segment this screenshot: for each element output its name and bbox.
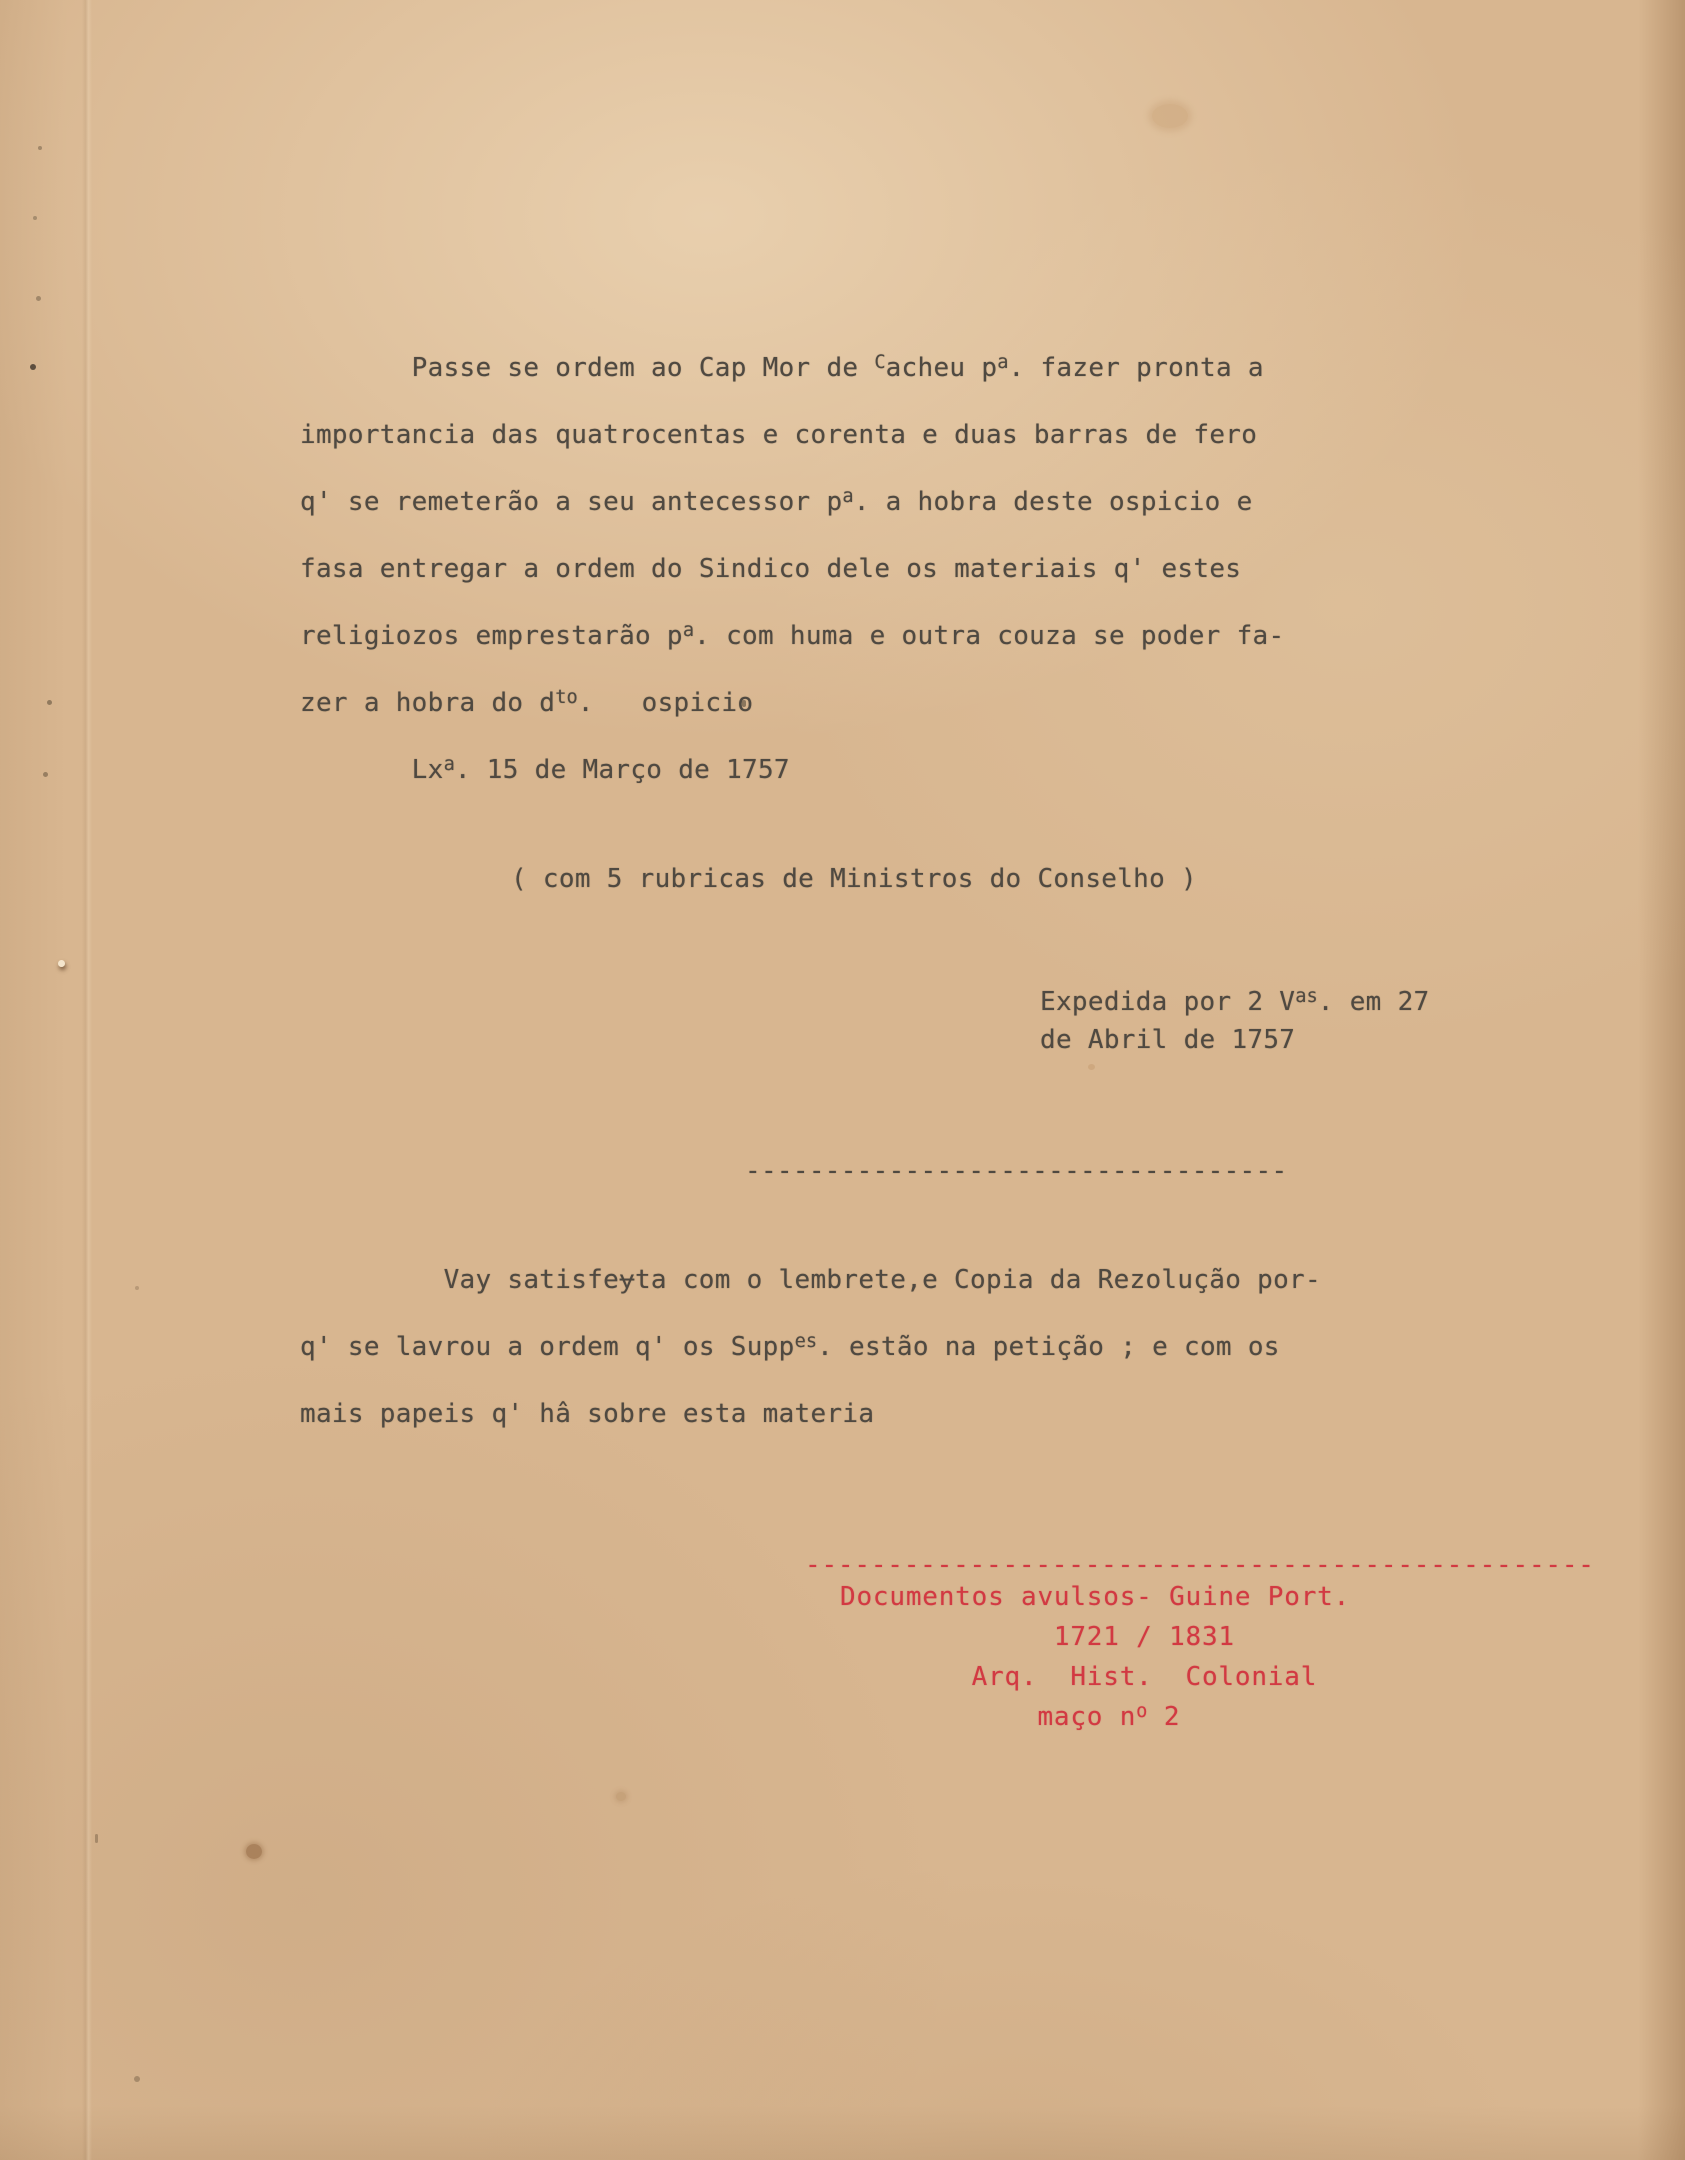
rubrics-note: ( com 5 rubricas de Ministros do Conselh…	[511, 846, 1197, 913]
paper-speck	[33, 216, 37, 220]
typewritten-line: fasa entregar a ordem do Sindico dele os…	[300, 536, 1284, 603]
superscript-text: a	[683, 620, 694, 641]
paper-speck	[95, 1834, 98, 1843]
typewritten-line: mais papeis q' hâ sobre esta materia	[300, 1381, 1321, 1448]
paper-fold-crease	[82, 0, 92, 2160]
typewritten-line: Expedida por 2 Vas. em 27	[1040, 983, 1429, 1021]
superscript-text: to	[555, 687, 578, 708]
typewritten-line: Passe se ordem ao Cap Mor de Cacheu pa. …	[300, 335, 1284, 402]
paper-speck	[47, 700, 52, 705]
paper-pinhole	[58, 960, 65, 967]
paper-stain	[1088, 1064, 1095, 1070]
superscript-text: a	[444, 754, 455, 775]
typewritten-line: q' se lavrou a ordem q' os Suppes. estão…	[300, 1314, 1321, 1381]
typewritten-line: zer a hobra do dto. ospicio	[300, 670, 1284, 737]
annotation-paragraph: Vay satisfeɏta com o lembrete,e Copia da…	[300, 1247, 1321, 1448]
typewritten-line: importancia das quatrocentas e corenta e…	[300, 402, 1284, 469]
typewritten-line: Vay satisfeɏta com o lembrete,e Copia da…	[300, 1247, 1321, 1314]
superscript-text: as	[1295, 986, 1318, 1007]
paper-stain	[246, 1844, 262, 1859]
paper-speck	[742, 700, 746, 707]
paper-speck	[36, 296, 41, 301]
typewritten-line: Arq. Hist. Colonial	[840, 1657, 1350, 1697]
separator-dashed-line: ----------------------------------	[745, 1152, 1287, 1190]
decree-paragraph: Passe se ordem ao Cap Mor de Cacheu pa. …	[300, 335, 1284, 804]
paper-stain	[616, 1792, 626, 1801]
paper-speck	[43, 772, 48, 777]
superscript-text: a	[997, 352, 1008, 373]
paper-stain	[1152, 104, 1188, 128]
typewritten-line: maço no 2	[840, 1697, 1350, 1737]
superscript-text: a	[842, 486, 853, 507]
typewritten-line: Lxa. 15 de Março de 1757	[300, 737, 1284, 804]
superscript-text: es	[795, 1331, 818, 1352]
paper-speck	[38, 146, 42, 150]
paper-speck	[134, 2076, 140, 2082]
paper-speck	[30, 364, 36, 370]
superscript-text: C	[874, 352, 885, 373]
typewritten-line: Documentos avulsos- Guine Port.	[840, 1577, 1350, 1617]
document-page: Passe se ordem ao Cap Mor de Cacheu pa. …	[0, 0, 1685, 2160]
paper-speck	[135, 1286, 139, 1290]
typewritten-line: de Abril de 1757	[1040, 1021, 1429, 1059]
expedition-note: Expedida por 2 Vas. em 27de Abril de 175…	[1040, 983, 1429, 1059]
typewritten-line: religiozos emprestarão pa. com huma e ou…	[300, 603, 1284, 670]
archive-stamp: Documentos avulsos- Guine Port. 1721 / 1…	[840, 1577, 1350, 1737]
typewritten-line: 1721 / 1831	[840, 1617, 1350, 1657]
superscript-text: o	[1136, 1701, 1147, 1722]
typewritten-line: q' se remeterão a seu antecessor pa. a h…	[300, 469, 1284, 536]
